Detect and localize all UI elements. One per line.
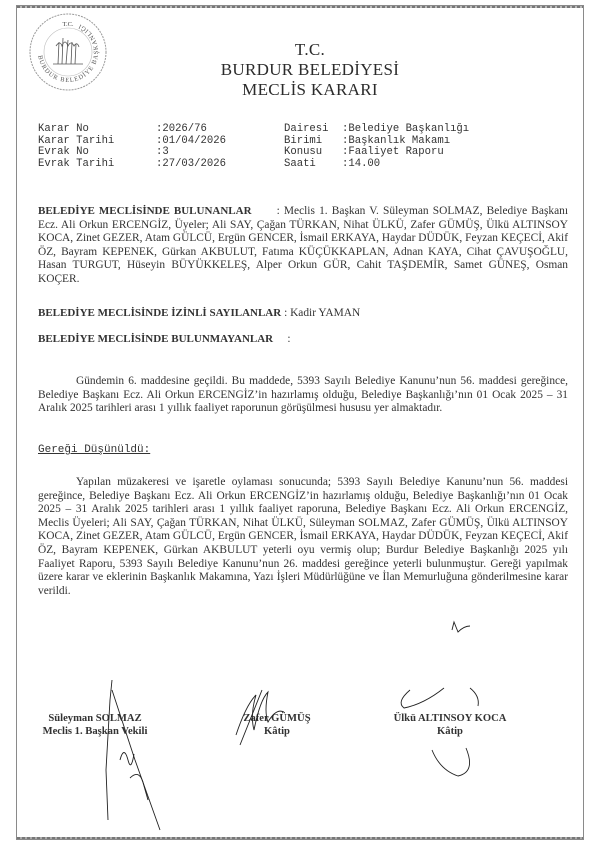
document-title: T.C. BURDUR BELEDİYESİ MECLİS KARARI [190,40,430,100]
svg-text:T.C.: T.C. [62,21,73,28]
present-label: BELEDİYE MECLİSİNDE BULUNANLAR [38,205,252,217]
title-council-decision: MECLİS KARARI [190,80,430,100]
excused-list: : Kadir YAMAN [284,307,360,319]
absent-label: BELEDİYE MECLİSİNDE BULUNMAYANLAR [38,333,273,345]
title-municipality: BURDUR BELEDİYESİ [190,60,430,80]
signer-title: Meclis 1. Başkan Vekili [30,725,160,738]
excused-label: BELEDİYE MECLİSİNDE İZİNLİ SAYILANLAR [38,307,281,319]
municipality-seal-icon: T.C. BURDUR BELEDİYE BAŞKANLIĞI [28,12,108,92]
absent-members: BELEDİYE MECLİSİNDE BULUNMAYANLAR : [38,333,568,347]
title-tc: T.C. [190,40,430,60]
meta-row: Saati:14.00 [284,159,469,171]
decision-paragraph: Yapılan müzakeresi ve işaretle oylaması … [38,476,568,598]
decision-meta-left: Karar No:2026/76 Karar Tarihi:01/04/2026… [38,124,226,170]
signer-name: Zafer GÜMÜŞ [222,712,332,725]
decision-heading: Gereği Düşünüldü: [38,444,150,456]
meta-row: Evrak Tarihi:27/03/2026 [38,159,226,171]
signature-chair: Süleyman SOLMAZ Meclis 1. Başkan Vekili [30,712,160,738]
signer-title: Kâtip [222,725,332,738]
excused-members: BELEDİYE MECLİSİNDE İZİNLİ SAYILANLAR : … [38,307,568,321]
signer-name: Ülkü ALTINSOY KOCA [380,712,520,725]
signature-clerk-2: Ülkü ALTINSOY KOCA Kâtip [380,712,520,738]
signer-title: Kâtip [380,725,520,738]
absent-list: : [287,333,290,345]
signer-name: Süleyman SOLMAZ [30,712,160,725]
svg-text:BURDUR BELEDİYE BAŞKANLIĞI: BURDUR BELEDİYE BAŞKANLIĞI [36,22,100,84]
signature-clerk-1: Zafer GÜMÜŞ Kâtip [222,712,332,738]
agenda-paragraph: Gündemin 6. maddesine geçildi. Bu madded… [38,375,568,416]
decision-meta-right: Dairesi:Belediye Başkanlığı Birimi:Başka… [284,124,469,170]
present-members: BELEDİYE MECLİSİNDE BULUNANLAR : Meclis … [38,205,568,287]
